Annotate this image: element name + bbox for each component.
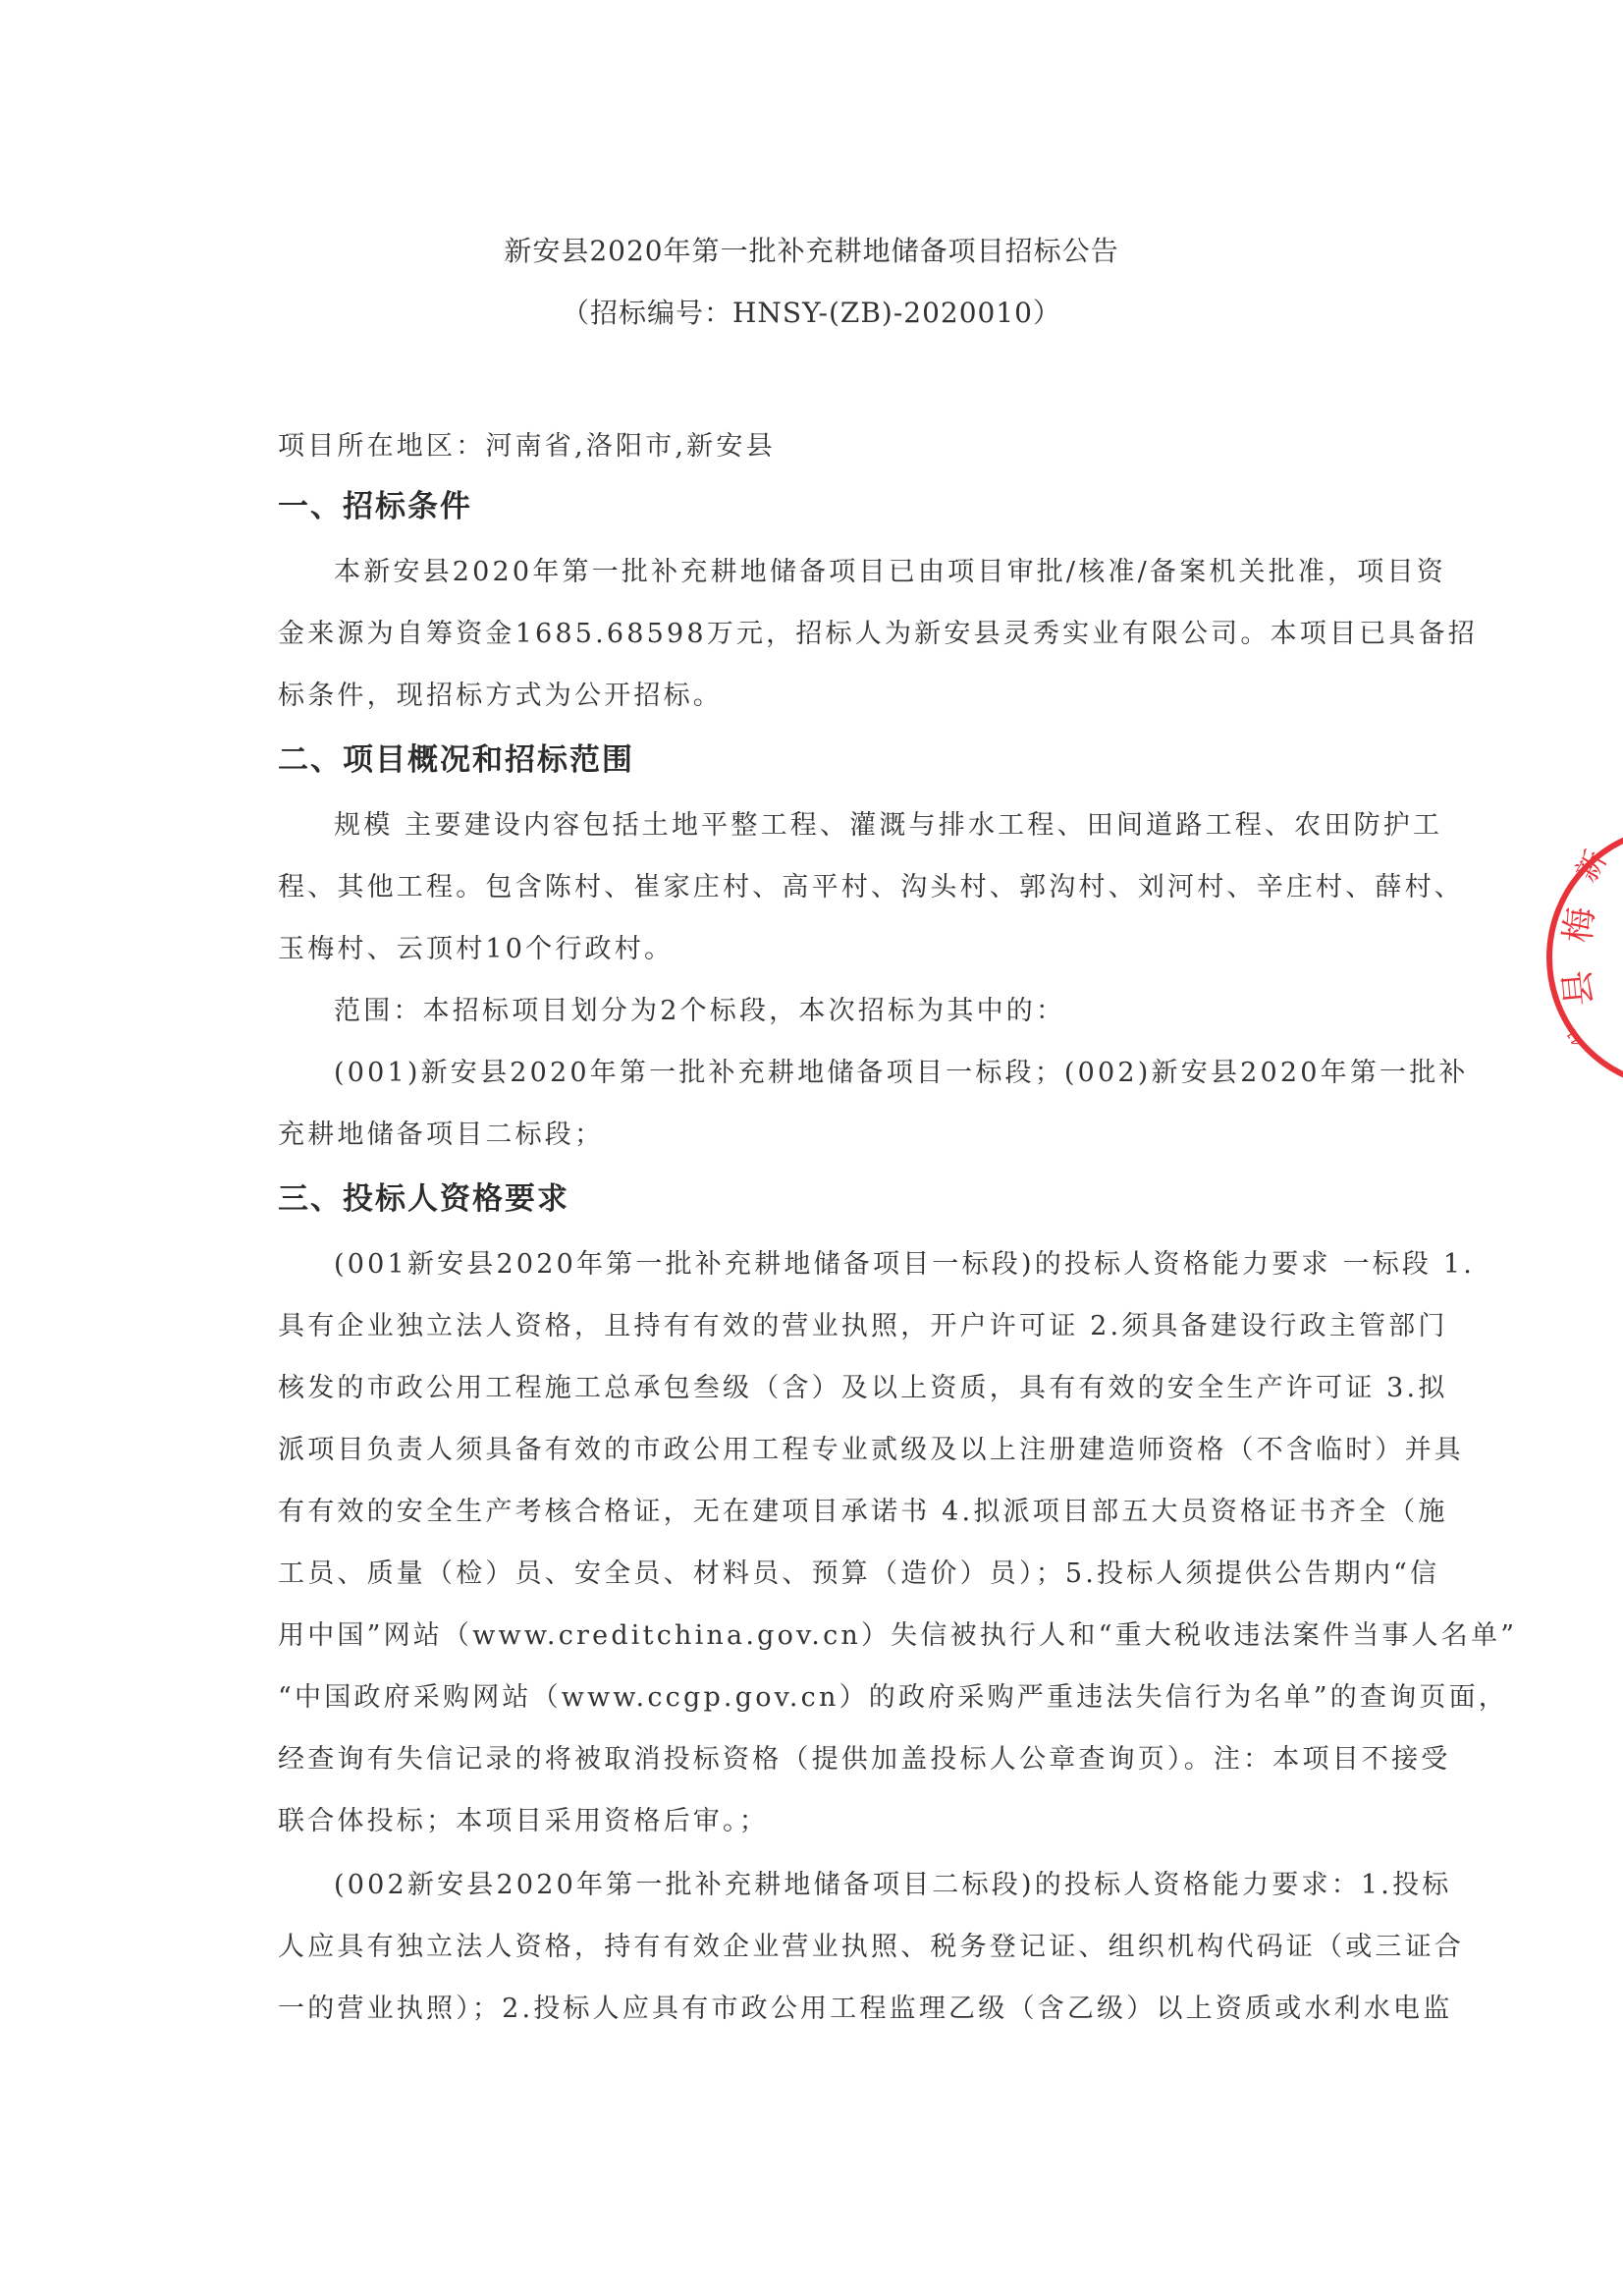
- paragraph-line: 经查询有失信记录的将被取消投标资格（提供加盖投标人公章查询页）。注：本项目不接受: [278, 1737, 1368, 1776]
- paragraph-line: 派项目负责人须具备有效的市政公用工程专业贰级及以上注册建造师资格（不含临时）并具: [278, 1428, 1368, 1466]
- paragraph-line: (001新安县2020年第一批补充耕地储备项目一标段)的投标人资格能力要求 一标…: [334, 1242, 1370, 1281]
- paragraph-line: 程、其他工程。包含陈村、崔家庄村、高平村、沟头村、郭沟村、刘河村、辛庄村、薛村、: [278, 865, 1368, 903]
- svg-text:县: 县: [1557, 968, 1600, 1007]
- paragraph-line: 核发的市政公用工程施工总承包叁级（含）及以上资质，具有有效的安全生产许可证 3.…: [278, 1366, 1368, 1404]
- paragraph-line: 标条件，现招标方式为公开招标。: [278, 674, 1368, 712]
- svg-text:梅: 梅: [1558, 905, 1601, 944]
- document-title: 新安县2020年第一批补充耕地储备项目招标公告: [0, 230, 1623, 269]
- paragraph-line: 工员、质量（检）员、安全员、材料员、预算（造价）员）；5.投标人须提供公告期内“…: [278, 1552, 1368, 1590]
- project-location: 项目所在地区：河南省,洛阳市,新安县: [278, 424, 1368, 463]
- section-heading-3: 三、投标人资格要求: [278, 1174, 569, 1218]
- paragraph-line: 范围：本招标项目划分为2个标段，本次招标为其中的：: [334, 989, 1370, 1027]
- paragraph-line: 充耕地储备项目二标段；: [278, 1113, 1368, 1151]
- section-heading-1: 一、招标条件: [278, 481, 472, 525]
- paragraph-line: 具有企业独立法人资格，且持有有效的营业执照，开户许可证 2.须具备建设行政主管部…: [278, 1304, 1368, 1342]
- document-page: 新安县2020年第一批补充耕地储备项目招标公告 （招标编号：HNSY-(ZB)-…: [0, 0, 1623, 2296]
- paragraph-line: 有有效的安全生产考核合格证，无在建项目承诺书 4.拟派项目部五大员资格证书齐全（…: [278, 1490, 1368, 1528]
- paragraph-line: 玉梅村、云顶村10个行政村。: [278, 927, 1368, 965]
- paragraph-line: (001)新安县2020年第一批补充耕地储备项目一标段；(002)新安县2020…: [334, 1051, 1370, 1089]
- paragraph-line: 用中国”网站（www.creditchina.gov.cn）失信被执行人和“重大…: [278, 1613, 1368, 1652]
- paragraph-line: 联合体投标；本项目采用资格后审。；: [278, 1799, 1368, 1837]
- official-seal-stamp: 新 梅 县 41: [1532, 825, 1623, 1090]
- tender-number: （招标编号：HNSY-(ZB)-2020010）: [0, 292, 1623, 331]
- paragraph-line: 金来源为自筹资金1685.68598万元，招标人为新安县灵秀实业有限公司。本项目…: [278, 612, 1368, 650]
- paragraph-line: “中国政府采购网站（www.ccgp.gov.cn）的政府采购严重违法失信行为名…: [278, 1675, 1368, 1714]
- paragraph-line: 规模 主要建设内容包括土地平整工程、灌溉与排水工程、田间道路工程、农田防护工: [334, 803, 1370, 842]
- paragraph-line: (002新安县2020年第一批补充耕地储备项目二标段)的投标人资格能力要求：1.…: [334, 1863, 1370, 1901]
- paragraph-line: 本新安县2020年第一批补充耕地储备项目已由项目审批/核准/备案机关批准，项目资: [334, 550, 1370, 588]
- paragraph-line: 一的营业执照）；2.投标人应具有市政公用工程监理乙级（含乙级）以上资质或水利水电…: [278, 1987, 1368, 2025]
- paragraph-line: 人应具有独立法人资格，持有有效企业营业执照、税务登记证、组织机构代码证（或三证合: [278, 1925, 1368, 1963]
- section-heading-2: 二、项目概况和招标范围: [278, 735, 634, 779]
